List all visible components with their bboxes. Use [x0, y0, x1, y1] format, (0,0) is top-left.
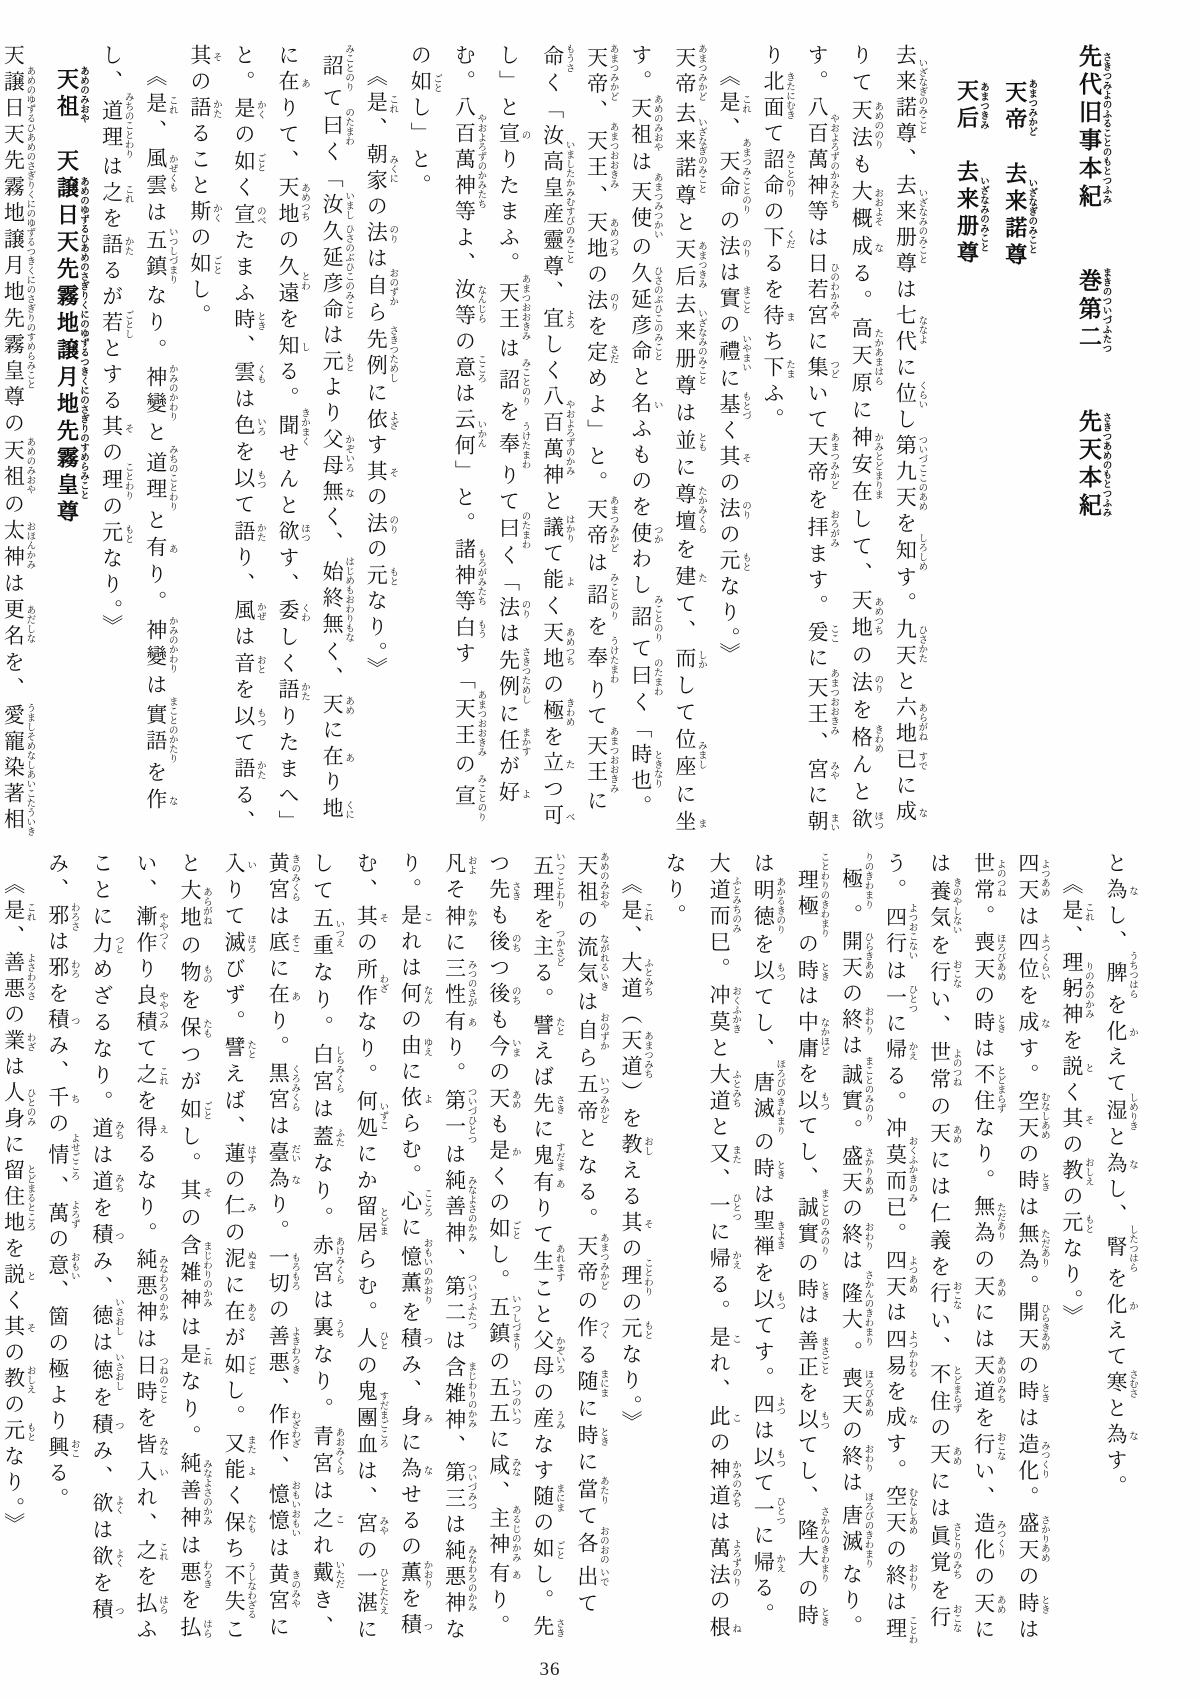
bottom-text-block: と為なし、脾うちつはらを化かえて湿しめりきと為なし、腎したつはらを化かえて寒さむ… [60, 852, 1138, 1644]
deity-heading: 天后あまつきみ 去来册尊いざなみのみこと [943, 44, 989, 836]
section-heading: 天祖あめのみおや 天譲日天先霧地譲月地先霧皇尊あめのゆずるひあめのさぎりくにのゆ… [43, 44, 89, 836]
comment-paragraph: 《是これ、理躬神りのみのかみを説とく其その教おしえの元もとなり。》 [1050, 852, 1094, 1644]
comment-paragraph: 《是これ、善悪よさわろさの業わざは人身ひとのみに留住地とどまるところを説とく其そ… [0, 852, 36, 1644]
top-text-block: 先代旧事本紀さきつみよのふることのもとつふみ 巻第二まきのついづふたつ 先天本紀… [56, 44, 1112, 836]
body-paragraph: 天祖あめのみおやの流気ながれるいきは自おのずから五帝いつみかどとなる。天帝あまつ… [36, 852, 609, 1644]
page-title: 先代旧事本紀さきつみよのふることのもとつふみ 巻第二まきのついづふたつ 先天本紀… [1064, 44, 1112, 836]
body-paragraph: 天譲日天先霧地譲月地先霧皇尊あめのゆずるひあめのさぎりくにのゆずるつきくにのさぎ… [0, 44, 35, 836]
comment-paragraph: 《是これ、朝家みくにの法のりは自おのずから先例さきつためしに依よざす其その法のり… [354, 44, 398, 836]
body-paragraph: 去来諾尊いざなぎのみこと、去来册尊いざなみのみことは七代ななよに位くらいし第九天… [751, 44, 927, 836]
body-paragraph: 四天よつあめは四位よつくらいを成なす。空天むなしあめの時ときは無為ただあり。開天… [653, 852, 1050, 1644]
body-paragraph: 詔みことのりて曰のたまわく「汝いまし久延彦命ひさのぶひこのみことは元もとより父母… [178, 44, 354, 836]
body-paragraph: 天帝あまつみかど去来諾尊いざなぎのみことと天后あまつきみ去来册尊いざなみのみこと… [398, 44, 707, 836]
comment-paragraph: 《是これ、風雲かぜくもは五鎮いつしづまりなり。神變かみのかわりと道理みちのことわ… [90, 44, 178, 836]
body-paragraph: と為なし、脾うちつはらを化かえて湿しめりきと為なし、腎したつはらを化かえて寒さむ… [1094, 852, 1138, 1644]
comment-paragraph: 《是これ、天命あまつみことのりの法のりは實まことの禮いやまいに基もとづく其その法… [707, 44, 751, 836]
comment-paragraph: 《是これ、大道ふとみち（天道あまつみち）を教おしえる其その理ことわりの元もとなり… [609, 852, 653, 1644]
deity-heading: 天帝あまつみかど 去来諾尊いざなぎのみこと [992, 44, 1038, 836]
page-number: 36 [0, 1659, 1100, 1681]
